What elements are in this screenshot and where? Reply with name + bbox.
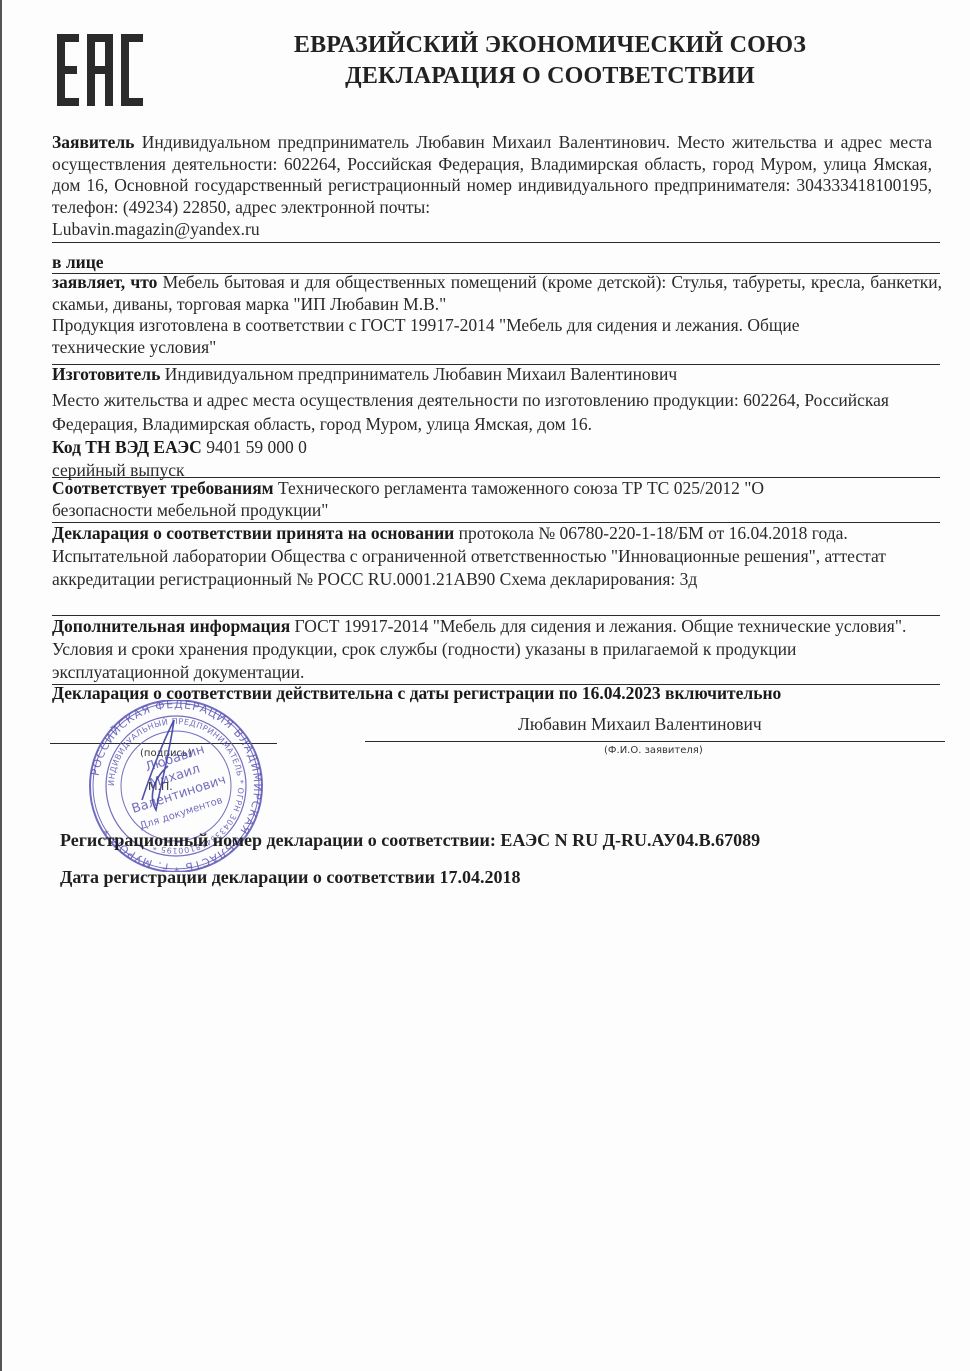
additional-info-label: Дополнительная информация: [52, 616, 290, 636]
tn-ved-code: 9401 59 000 0: [206, 437, 307, 457]
represented-by-label: в лице: [52, 252, 104, 272]
registration-date-line: Дата регистрации декларации о соответств…: [60, 867, 521, 888]
conformity-section: Соответствует требованиям Технического р…: [52, 478, 862, 521]
basis-label: Декларация о соответствии принята на осн…: [52, 523, 454, 543]
manufacturer-section: Изготовитель Индивидуальном предпринимат…: [52, 364, 942, 482]
product-standard: Продукция изготовлена в соответствии с Г…: [52, 315, 892, 358]
name-line: [365, 741, 945, 742]
title-line-2: ДЕКЛАРАЦИЯ О СООТВЕТСТВИИ: [250, 61, 850, 92]
registration-number-label: Регистрационный номер декларации о соотв…: [60, 830, 496, 850]
applicant-section: Заявитель Индивидуальном предприниматель…: [52, 132, 932, 241]
registration-number: ЕАЭС N RU Д-RU.АУ04.В.67089: [500, 830, 760, 850]
additional-info-section: Дополнительная информация ГОСТ 19917-201…: [52, 615, 932, 684]
tn-ved-label: Код ТН ВЭД ЕАЭС: [52, 437, 202, 457]
basis-section: Декларация о соответствии принята на осн…: [52, 522, 922, 591]
registration-date: 17.04.2018: [440, 867, 521, 887]
declares-label: заявляет, что: [52, 272, 157, 292]
registration-number-line: Регистрационный номер декларации о соотв…: [60, 830, 760, 851]
applicant-email: Lubavin.magazin@yandex.ru: [52, 219, 932, 241]
applicant-label: Заявитель: [52, 132, 134, 152]
manufacturer-label: Изготовитель: [52, 364, 160, 384]
name-caption: (Ф.И.О. заявителя): [604, 745, 703, 756]
divider: [52, 242, 940, 243]
applicant-full-name: Любавин Михаил Валентинович: [518, 714, 918, 736]
conformity-label: Соответствует требованиям: [52, 478, 274, 498]
product-description: Мебель бытовая и для общественных помеще…: [52, 272, 942, 314]
applicant-text: Индивидуальном предприниматель Любавин М…: [52, 132, 932, 217]
declares-section: заявляет, что Мебель бытовая и для общес…: [52, 272, 942, 358]
document-title: ЕВРАЗИЙСКИЙ ЭКОНОМИЧЕСКИЙ СОЮЗ ДЕКЛАРАЦИ…: [250, 30, 850, 92]
title-line-1: ЕВРАЗИЙСКИЙ ЭКОНОМИЧЕСКИЙ СОЮЗ: [250, 30, 850, 61]
manufacturer-address: Место жительства и адрес места осуществл…: [52, 388, 892, 436]
manufacturer-name: Индивидуальном предприниматель Любавин М…: [165, 364, 677, 384]
eac-logo-icon: [55, 32, 145, 108]
scan-edge: [0, 0, 2, 1371]
represented-by-section: в лице: [52, 252, 942, 274]
registration-date-label: Дата регистрации декларации о соответств…: [60, 867, 435, 887]
